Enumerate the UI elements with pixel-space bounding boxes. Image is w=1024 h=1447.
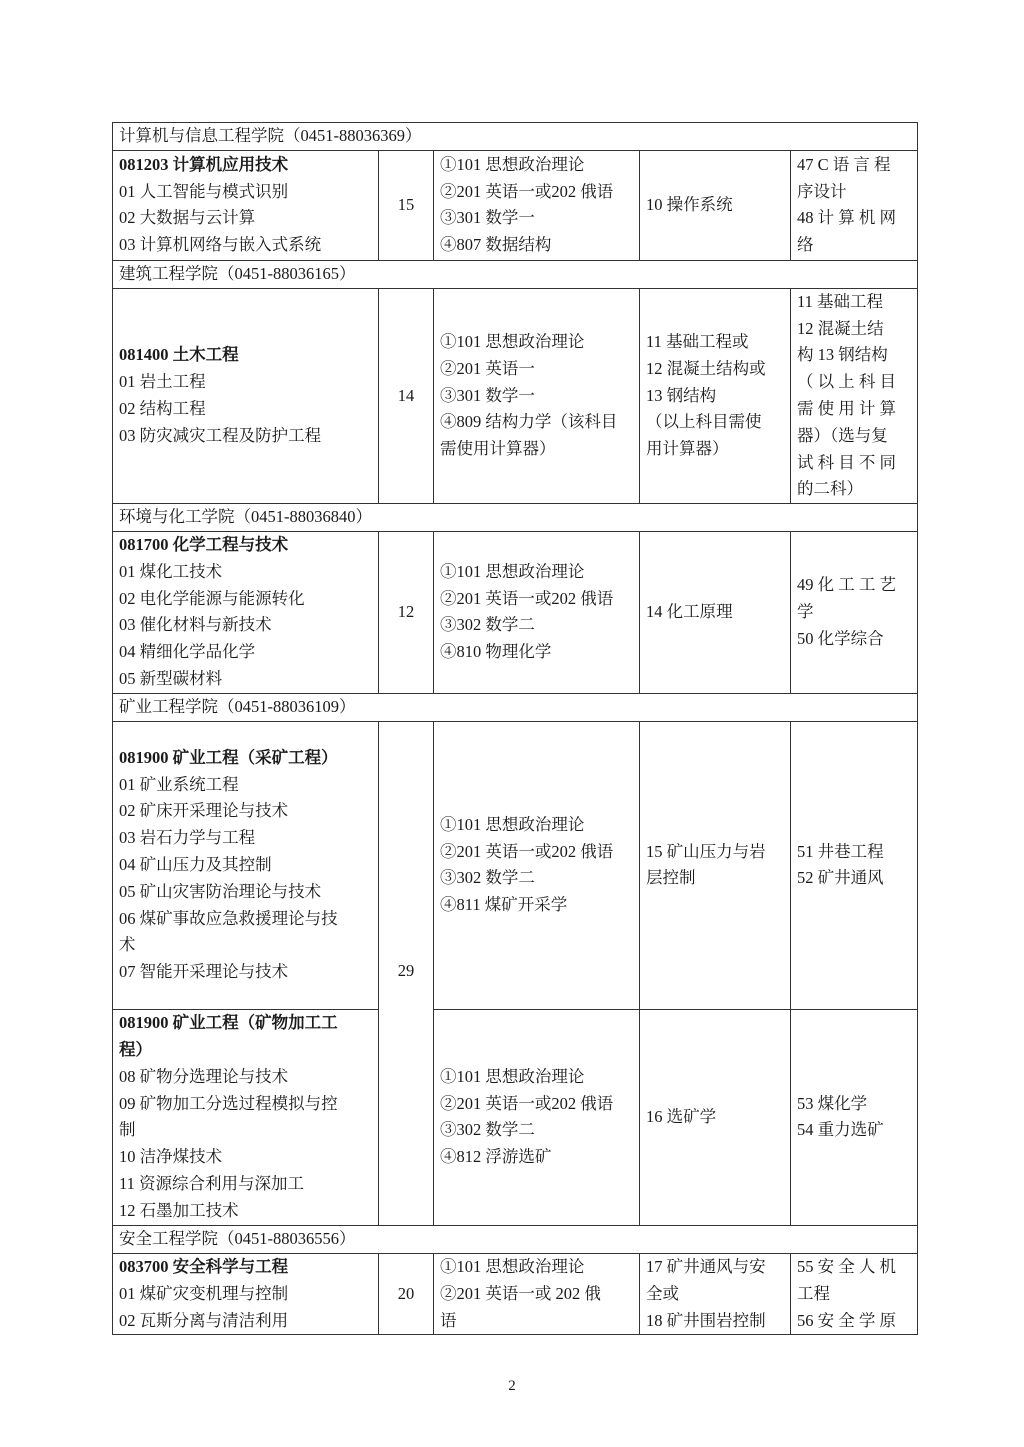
retest-subject: 10 操作系统 (646, 192, 784, 219)
direction: 03 防灾减灾工程及防护工程 (119, 423, 372, 450)
direction: 03 催化材料与新技术 (119, 612, 372, 639)
major-title: 081700 化学工程与技术 (119, 532, 372, 559)
retest-subject: 18 矿井围岩控制 (646, 1308, 784, 1335)
exam-cell: ①101 思想政治理论 ②201 英语一或 202 俄 语 (434, 1253, 640, 1334)
retest-subject: 16 选矿学 (646, 1104, 784, 1131)
retest-subject: 12 混凝土结构或 (646, 356, 784, 383)
major-cell: 081900 矿业工程（采矿工程） 01 矿业系统工程 02 矿床开采理论与技术… (113, 721, 379, 1009)
direction: 02 矿床开采理论与技术 (119, 798, 372, 825)
retest-cell: 15 矿山压力与岩 层控制 (640, 721, 791, 1009)
exam-subject: ④812 浮游选矿 (440, 1144, 633, 1171)
direction: 01 煤化工技术 (119, 559, 372, 586)
admissions-table: 计算机与信息工程学院（0451-88036369） 081203 计算机应用技术… (112, 122, 918, 1335)
table-row: 081900 矿业工程（矿物加工工 程） 08 矿物分选理论与技术 09 矿物加… (113, 1009, 918, 1225)
direction: 10 洁净煤技术 (119, 1144, 372, 1171)
retest-subject: 13 钢结构 (646, 383, 784, 410)
exam-subject: ②201 英语一或202 俄语 (440, 179, 633, 206)
direction: 11 资源综合利用与深加工 (119, 1171, 372, 1198)
extra-subject: 54 重力选矿 (797, 1117, 911, 1144)
major-title: 083700 安全科学与工程 (119, 1254, 372, 1281)
exam-subject: ②201 英语一 (440, 356, 633, 383)
direction: 术 (119, 932, 372, 959)
retest-subject: 用计算器） (646, 436, 784, 463)
exam-subject: ④811 煤矿开采学 (440, 892, 633, 919)
retest-subject: 11 基础工程或 (646, 329, 784, 356)
extra-subject: 49 化 工 工 艺 (797, 572, 911, 599)
exam-cell: ①101 思想政治理论 ②201 英语一或202 俄语 ③302 数学二 ④81… (434, 1009, 640, 1225)
exam-subject: ③302 数学二 (440, 1117, 633, 1144)
exam-subject: ①101 思想政治理论 (440, 329, 633, 356)
section-header-safety: 安全工程学院（0451-88036556） (113, 1225, 918, 1253)
retest-subject: 17 矿井通风与安 (646, 1254, 784, 1281)
direction: 03 岩石力学与工程 (119, 825, 372, 852)
retest-cell: 10 操作系统 (640, 150, 791, 260)
major-title: 081900 矿业工程（采矿工程） (119, 745, 372, 772)
major-title: 081400 土木工程 (119, 342, 372, 369)
direction: 01 人工智能与模式识别 (119, 179, 372, 206)
extra-cell: 53 煤化学 54 重力选矿 (791, 1009, 918, 1225)
major-cell: 081203 计算机应用技术 01 人工智能与模式识别 02 大数据与云计算 0… (113, 150, 379, 260)
retest-subject: （以上科目需使 (646, 409, 784, 436)
quota-cell: 29 (379, 721, 434, 1225)
direction: 04 精细化学品化学 (119, 639, 372, 666)
direction: 02 电化学能源与能源转化 (119, 586, 372, 613)
direction: 01 煤矿灾变机理与控制 (119, 1281, 372, 1308)
exam-subject: ①101 思想政治理论 (440, 812, 633, 839)
extra-subject: 序设计 (797, 179, 911, 206)
direction: 制 (119, 1117, 372, 1144)
direction: 04 矿山压力及其控制 (119, 852, 372, 879)
exam-subject: ③302 数学二 (440, 612, 633, 639)
direction: 01 岩土工程 (119, 369, 372, 396)
section-header-architecture: 建筑工程学院（0451-88036165） (113, 260, 918, 288)
direction: 06 煤矿事故应急救援理论与技 (119, 906, 372, 933)
extra-subject: 构 13 钢结构 (797, 342, 911, 369)
extra-subject: 56 安 全 学 原 (797, 1308, 911, 1335)
page-number: 2 (0, 1378, 1024, 1395)
direction: 02 瓦斯分离与清洁利用 (119, 1308, 372, 1335)
direction: 12 石墨加工技术 (119, 1198, 372, 1225)
section-header-computer: 计算机与信息工程学院（0451-88036369） (113, 123, 918, 151)
table-row: 081203 计算机应用技术 01 人工智能与模式识别 02 大数据与云计算 0… (113, 150, 918, 260)
extra-subject: 试 科 目 不 同 (797, 450, 911, 477)
retest-cell: 16 选矿学 (640, 1009, 791, 1225)
exam-subject: ②201 英语一或202 俄语 (440, 586, 633, 613)
retest-cell: 14 化工原理 (640, 531, 791, 693)
exam-subject: ①101 思想政治理论 (440, 152, 633, 179)
exam-cell: ①101 思想政治理论 ②201 英语一或202 俄语 ③302 数学二 ④81… (434, 531, 640, 693)
extra-subject: 工程 (797, 1281, 911, 1308)
major-title: 081900 矿业工程（矿物加工工 (119, 1010, 372, 1037)
exam-subject: ③301 数学一 (440, 383, 633, 410)
retest-cell: 11 基础工程或 12 混凝土结构或 13 钢结构 （以上科目需使 用计算器） (640, 288, 791, 503)
quota-cell: 15 (379, 150, 434, 260)
exam-subject: ③302 数学二 (440, 865, 633, 892)
major-cell: 083700 安全科学与工程 01 煤矿灾变机理与控制 02 瓦斯分离与清洁利用 (113, 1253, 379, 1334)
quota-cell: 20 (379, 1253, 434, 1334)
exam-subject: ①101 思想政治理论 (440, 1254, 633, 1281)
exam-subject: ④809 结构力学（该科目 (440, 409, 633, 436)
table-row: 081900 矿业工程（采矿工程） 01 矿业系统工程 02 矿床开采理论与技术… (113, 721, 918, 1009)
table-row: 081700 化学工程与技术 01 煤化工技术 02 电化学能源与能源转化 03… (113, 531, 918, 693)
extra-subject: 络 (797, 232, 911, 259)
major-title: 081203 计算机应用技术 (119, 152, 372, 179)
direction: 02 结构工程 (119, 396, 372, 423)
exam-subject: ①101 思想政治理论 (440, 559, 633, 586)
direction: 09 矿物加工分选过程模拟与控 (119, 1091, 372, 1118)
extra-subject: 学 (797, 599, 911, 626)
table-row: 081400 土木工程 01 岩土工程 02 结构工程 03 防灾减灾工程及防护… (113, 288, 918, 503)
extra-subject: 48 计 算 机 网 (797, 205, 911, 232)
extra-cell: 51 井巷工程 52 矿井通风 (791, 721, 918, 1009)
exam-subject: ②201 英语一或202 俄语 (440, 839, 633, 866)
exam-subject: ③301 数学一 (440, 205, 633, 232)
major-title-continued: 程） (119, 1037, 372, 1064)
retest-subject: 全或 (646, 1281, 784, 1308)
exam-subject: ④810 物理化学 (440, 639, 633, 666)
extra-cell: 49 化 工 工 艺 学 50 化学综合 (791, 531, 918, 693)
direction: 08 矿物分选理论与技术 (119, 1064, 372, 1091)
exam-cell: ①101 思想政治理论 ②201 英语一 ③301 数学一 ④809 结构力学（… (434, 288, 640, 503)
extra-subject: （ 以 上 科 目 (797, 369, 911, 396)
retest-subject: 15 矿山压力与岩 (646, 839, 784, 866)
extra-subject: 的二科） (797, 476, 911, 503)
direction: 01 矿业系统工程 (119, 772, 372, 799)
quota-cell: 12 (379, 531, 434, 693)
exam-cell: ①101 思想政治理论 ②201 英语一或202 俄语 ③302 数学二 ④81… (434, 721, 640, 1009)
extra-subject: 55 安 全 人 机 (797, 1254, 911, 1281)
extra-subject: 52 矿井通风 (797, 865, 911, 892)
extra-cell: 47 C 语 言 程 序设计 48 计 算 机 网 络 (791, 150, 918, 260)
retest-cell: 17 矿井通风与安 全或 18 矿井围岩控制 (640, 1253, 791, 1334)
extra-subject: 53 煤化学 (797, 1091, 911, 1118)
exam-subject: ④807 数据结构 (440, 232, 633, 259)
direction: 05 矿山灾害防治理论与技术 (119, 879, 372, 906)
quota-cell: 14 (379, 288, 434, 503)
major-cell: 081400 土木工程 01 岩土工程 02 结构工程 03 防灾减灾工程及防护… (113, 288, 379, 503)
exam-subject: ①101 思想政治理论 (440, 1064, 633, 1091)
extra-subject: 50 化学综合 (797, 626, 911, 653)
extra-subject: 需 使 用 计 算 (797, 396, 911, 423)
direction: 05 新型碳材料 (119, 666, 372, 693)
major-cell: 081900 矿业工程（矿物加工工 程） 08 矿物分选理论与技术 09 矿物加… (113, 1009, 379, 1225)
extra-cell: 55 安 全 人 机 工程 56 安 全 学 原 (791, 1253, 918, 1334)
table-row: 083700 安全科学与工程 01 煤矿灾变机理与控制 02 瓦斯分离与清洁利用… (113, 1253, 918, 1334)
section-header-mining: 矿业工程学院（0451-88036109） (113, 693, 918, 721)
direction: 02 大数据与云计算 (119, 205, 372, 232)
exam-subject: 需使用计算器） (440, 436, 633, 463)
extra-cell: 11 基础工程 12 混凝土结 构 13 钢结构 （ 以 上 科 目 需 使 用… (791, 288, 918, 503)
retest-subject: 14 化工原理 (646, 599, 784, 626)
direction: 03 计算机网络与嵌入式系统 (119, 232, 372, 259)
extra-subject: 51 井巷工程 (797, 839, 911, 866)
direction: 07 智能开采理论与技术 (119, 959, 372, 986)
exam-subject: 语 (440, 1308, 633, 1335)
section-header-environment-chemical: 环境与化工学院（0451-88036840） (113, 504, 918, 532)
exam-subject: ②201 英语一或202 俄语 (440, 1091, 633, 1118)
extra-subject: 器）（选与复 (797, 423, 911, 450)
exam-subject: ②201 英语一或 202 俄 (440, 1281, 633, 1308)
extra-subject: 47 C 语 言 程 (797, 152, 911, 179)
major-cell: 081700 化学工程与技术 01 煤化工技术 02 电化学能源与能源转化 03… (113, 531, 379, 693)
extra-subject: 12 混凝土结 (797, 316, 911, 343)
extra-subject: 11 基础工程 (797, 289, 911, 316)
exam-cell: ①101 思想政治理论 ②201 英语一或202 俄语 ③301 数学一 ④80… (434, 150, 640, 260)
retest-subject: 层控制 (646, 865, 784, 892)
